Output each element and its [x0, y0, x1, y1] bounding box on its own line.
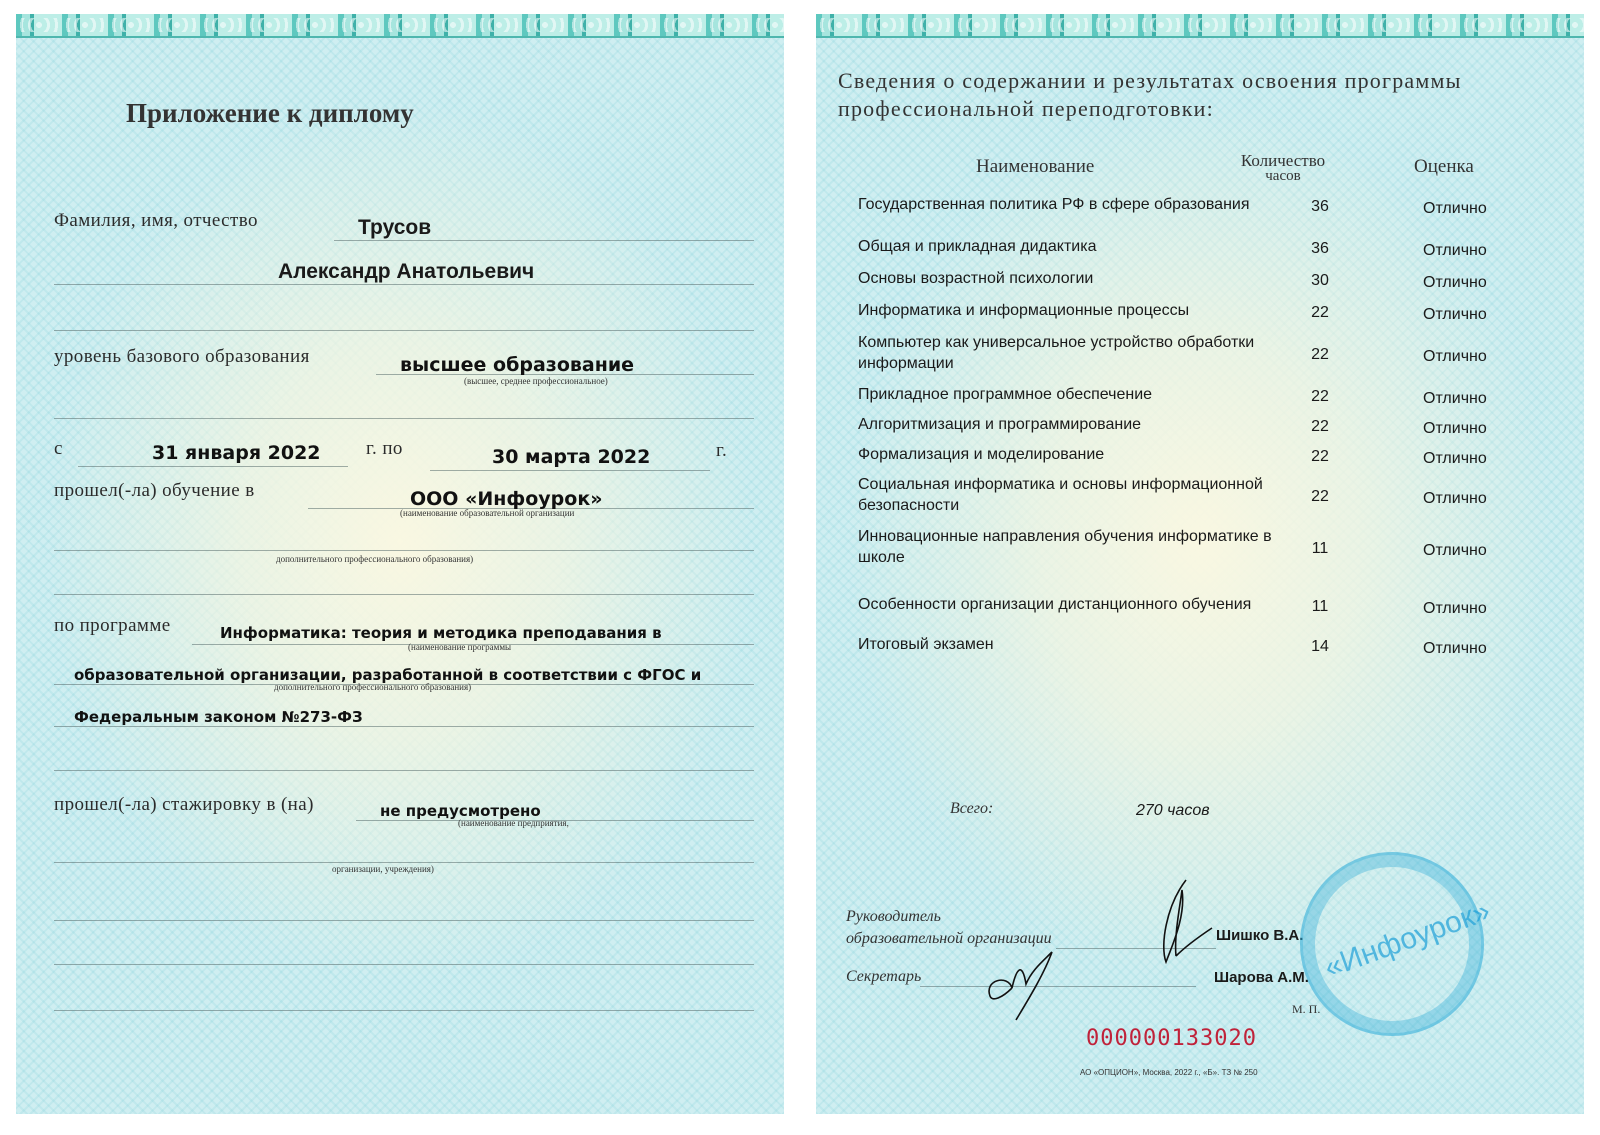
- period-suffix: г.: [716, 440, 727, 462]
- studied-at-label: прошел(-ла) обучение в: [54, 480, 255, 502]
- secretary-label: Секретарь: [846, 968, 921, 986]
- subject-name: Формализация и моделирование: [858, 444, 1288, 465]
- period-middle: г. по: [366, 438, 403, 460]
- subject-hours: 22: [1305, 304, 1335, 322]
- column-header-grade: Оценка: [1414, 156, 1474, 178]
- subject-grade: Отлично: [1423, 542, 1487, 560]
- ornament-border: [16, 14, 784, 38]
- secretary-name: Шарова А.М.: [1214, 969, 1309, 986]
- blank-line: [54, 920, 754, 921]
- section-heading-line-1: Сведения о содержании и результатах осво…: [838, 68, 1462, 94]
- base-education-caption: (высшее, среднее профессиональное): [464, 376, 608, 386]
- base-education-label: уровень базового образования: [54, 346, 310, 368]
- subject-name: Прикладное программное обеспечение: [858, 384, 1288, 405]
- fio-line: [334, 240, 754, 241]
- subject-name: Инновационные направления обучения инфор…: [858, 526, 1288, 568]
- blank-line: [54, 862, 754, 863]
- subject-name: Информатика и информационные процессы: [858, 300, 1288, 321]
- period-to: 30 марта 2022: [492, 446, 650, 468]
- blank-line: [54, 964, 754, 965]
- subject-grade: Отлично: [1423, 600, 1487, 618]
- fio-label: Фамилия, имя, отчество: [54, 210, 258, 232]
- blank-line: [54, 550, 754, 551]
- name-line: [54, 284, 754, 285]
- subject-grade: Отлично: [1423, 640, 1487, 658]
- diploma-appendix-right-page: Сведения о содержании и результатах осво…: [816, 14, 1584, 1114]
- subject-grade: Отлично: [1423, 420, 1487, 438]
- blank-line: [54, 770, 754, 771]
- subject-hours: 14: [1305, 638, 1335, 656]
- seal-place: М. П.: [1292, 1002, 1320, 1017]
- head-signature: [1156, 876, 1216, 968]
- subject-grade: Отлично: [1423, 490, 1487, 508]
- period-from-line: [78, 466, 348, 467]
- subject-grade: Отлично: [1423, 242, 1487, 260]
- head-name: Шишко В.А.: [1216, 927, 1303, 944]
- page-title: Приложение к диплому: [126, 98, 414, 129]
- organization-caption-2: дополнительного профессионального образо…: [276, 554, 473, 564]
- subject-hours: 22: [1305, 488, 1335, 506]
- diploma-appendix-left-page: Приложение к диплому Фамилия, имя, отчес…: [16, 14, 784, 1114]
- blank-line: [54, 1010, 754, 1011]
- subject-name: Основы возрастной психологии: [858, 268, 1288, 289]
- subject-hours: 11: [1305, 540, 1335, 558]
- column-header-name: Наименование: [976, 156, 1094, 178]
- period-to-line: [430, 470, 710, 471]
- program-caption: (наименование программы: [408, 642, 511, 652]
- subject-hours: 36: [1305, 240, 1335, 258]
- subject-grade: Отлично: [1423, 390, 1487, 408]
- subject-grade: Отлично: [1423, 348, 1487, 366]
- program-line-3: Федеральным законом №273-ФЗ: [74, 708, 363, 726]
- subject-grade: Отлично: [1423, 306, 1487, 324]
- subject-hours: 22: [1305, 346, 1335, 364]
- printer-line: АО «ОПЦИОН», Москва, 2022 г., «Б». ТЗ № …: [1080, 1068, 1258, 1077]
- subject-hours: 30: [1305, 272, 1335, 290]
- ornament-border: [816, 14, 1584, 38]
- internship-caption: (наименование предприятия,: [458, 818, 569, 828]
- organization-caption: (наименование образовательной организаци…: [400, 508, 574, 518]
- subject-name: Итоговый экзамен: [858, 634, 1288, 655]
- program-line-1: Информатика: теория и методика преподава…: [220, 624, 662, 642]
- subject-name: Компьютер как универсальное устройство о…: [858, 332, 1288, 374]
- secretary-signature: [982, 940, 1072, 1024]
- subject-name: Алгоритмизация и программирование: [858, 414, 1288, 435]
- internship-label: прошел(-ла) стажировку в (на): [54, 794, 314, 816]
- serial-number: 000000133020: [1086, 1026, 1257, 1051]
- blank-line: [54, 330, 754, 331]
- column-header-hours-line-1: Количество: [1228, 152, 1338, 169]
- subject-hours: 36: [1305, 198, 1335, 216]
- subject-name: Особенности организации дистанционного о…: [858, 594, 1288, 615]
- internship-caption-2: организации, учреждения): [332, 864, 434, 874]
- subject-name: Общая и прикладная дидактика: [858, 236, 1288, 257]
- subject-grade: Отлично: [1423, 450, 1487, 468]
- subject-grade: Отлично: [1423, 274, 1487, 292]
- subject-hours: 11: [1305, 598, 1335, 616]
- subject-name: Государственная политика РФ в сфере обра…: [858, 194, 1288, 215]
- blank-line: [54, 418, 754, 419]
- stamp-text: «Инфоурок»: [1320, 894, 1495, 985]
- organization: ООО «Инфоурок»: [410, 488, 603, 510]
- column-header-hours: Количество часов: [1228, 152, 1338, 183]
- period-from: 31 января 2022: [152, 442, 321, 464]
- program-caption-2: дополнительного профессионального образо…: [274, 682, 471, 692]
- blank-line: [54, 594, 754, 595]
- program-label: по программе: [54, 615, 171, 637]
- subject-hours: 22: [1305, 418, 1335, 436]
- subject-hours: 22: [1305, 448, 1335, 466]
- subject-hours: 22: [1305, 388, 1335, 406]
- name-patronymic: Александр Анатольевич: [278, 260, 534, 284]
- section-heading-line-2: профессиональной переподготовки:: [838, 96, 1214, 122]
- surname: Трусов: [358, 216, 431, 240]
- total-label: Всего:: [950, 800, 993, 818]
- period-from-prefix: с: [54, 438, 63, 460]
- total-value: 270 часов: [1136, 802, 1210, 820]
- subject-name: Социальная информатика и основы информац…: [858, 474, 1288, 516]
- program-line-3-rule: [54, 726, 754, 727]
- column-header-hours-line-2: часов: [1228, 169, 1338, 183]
- head-label-1: Руководитель: [846, 908, 941, 926]
- base-education-value: высшее образование: [400, 354, 634, 376]
- subject-grade: Отлично: [1423, 200, 1487, 218]
